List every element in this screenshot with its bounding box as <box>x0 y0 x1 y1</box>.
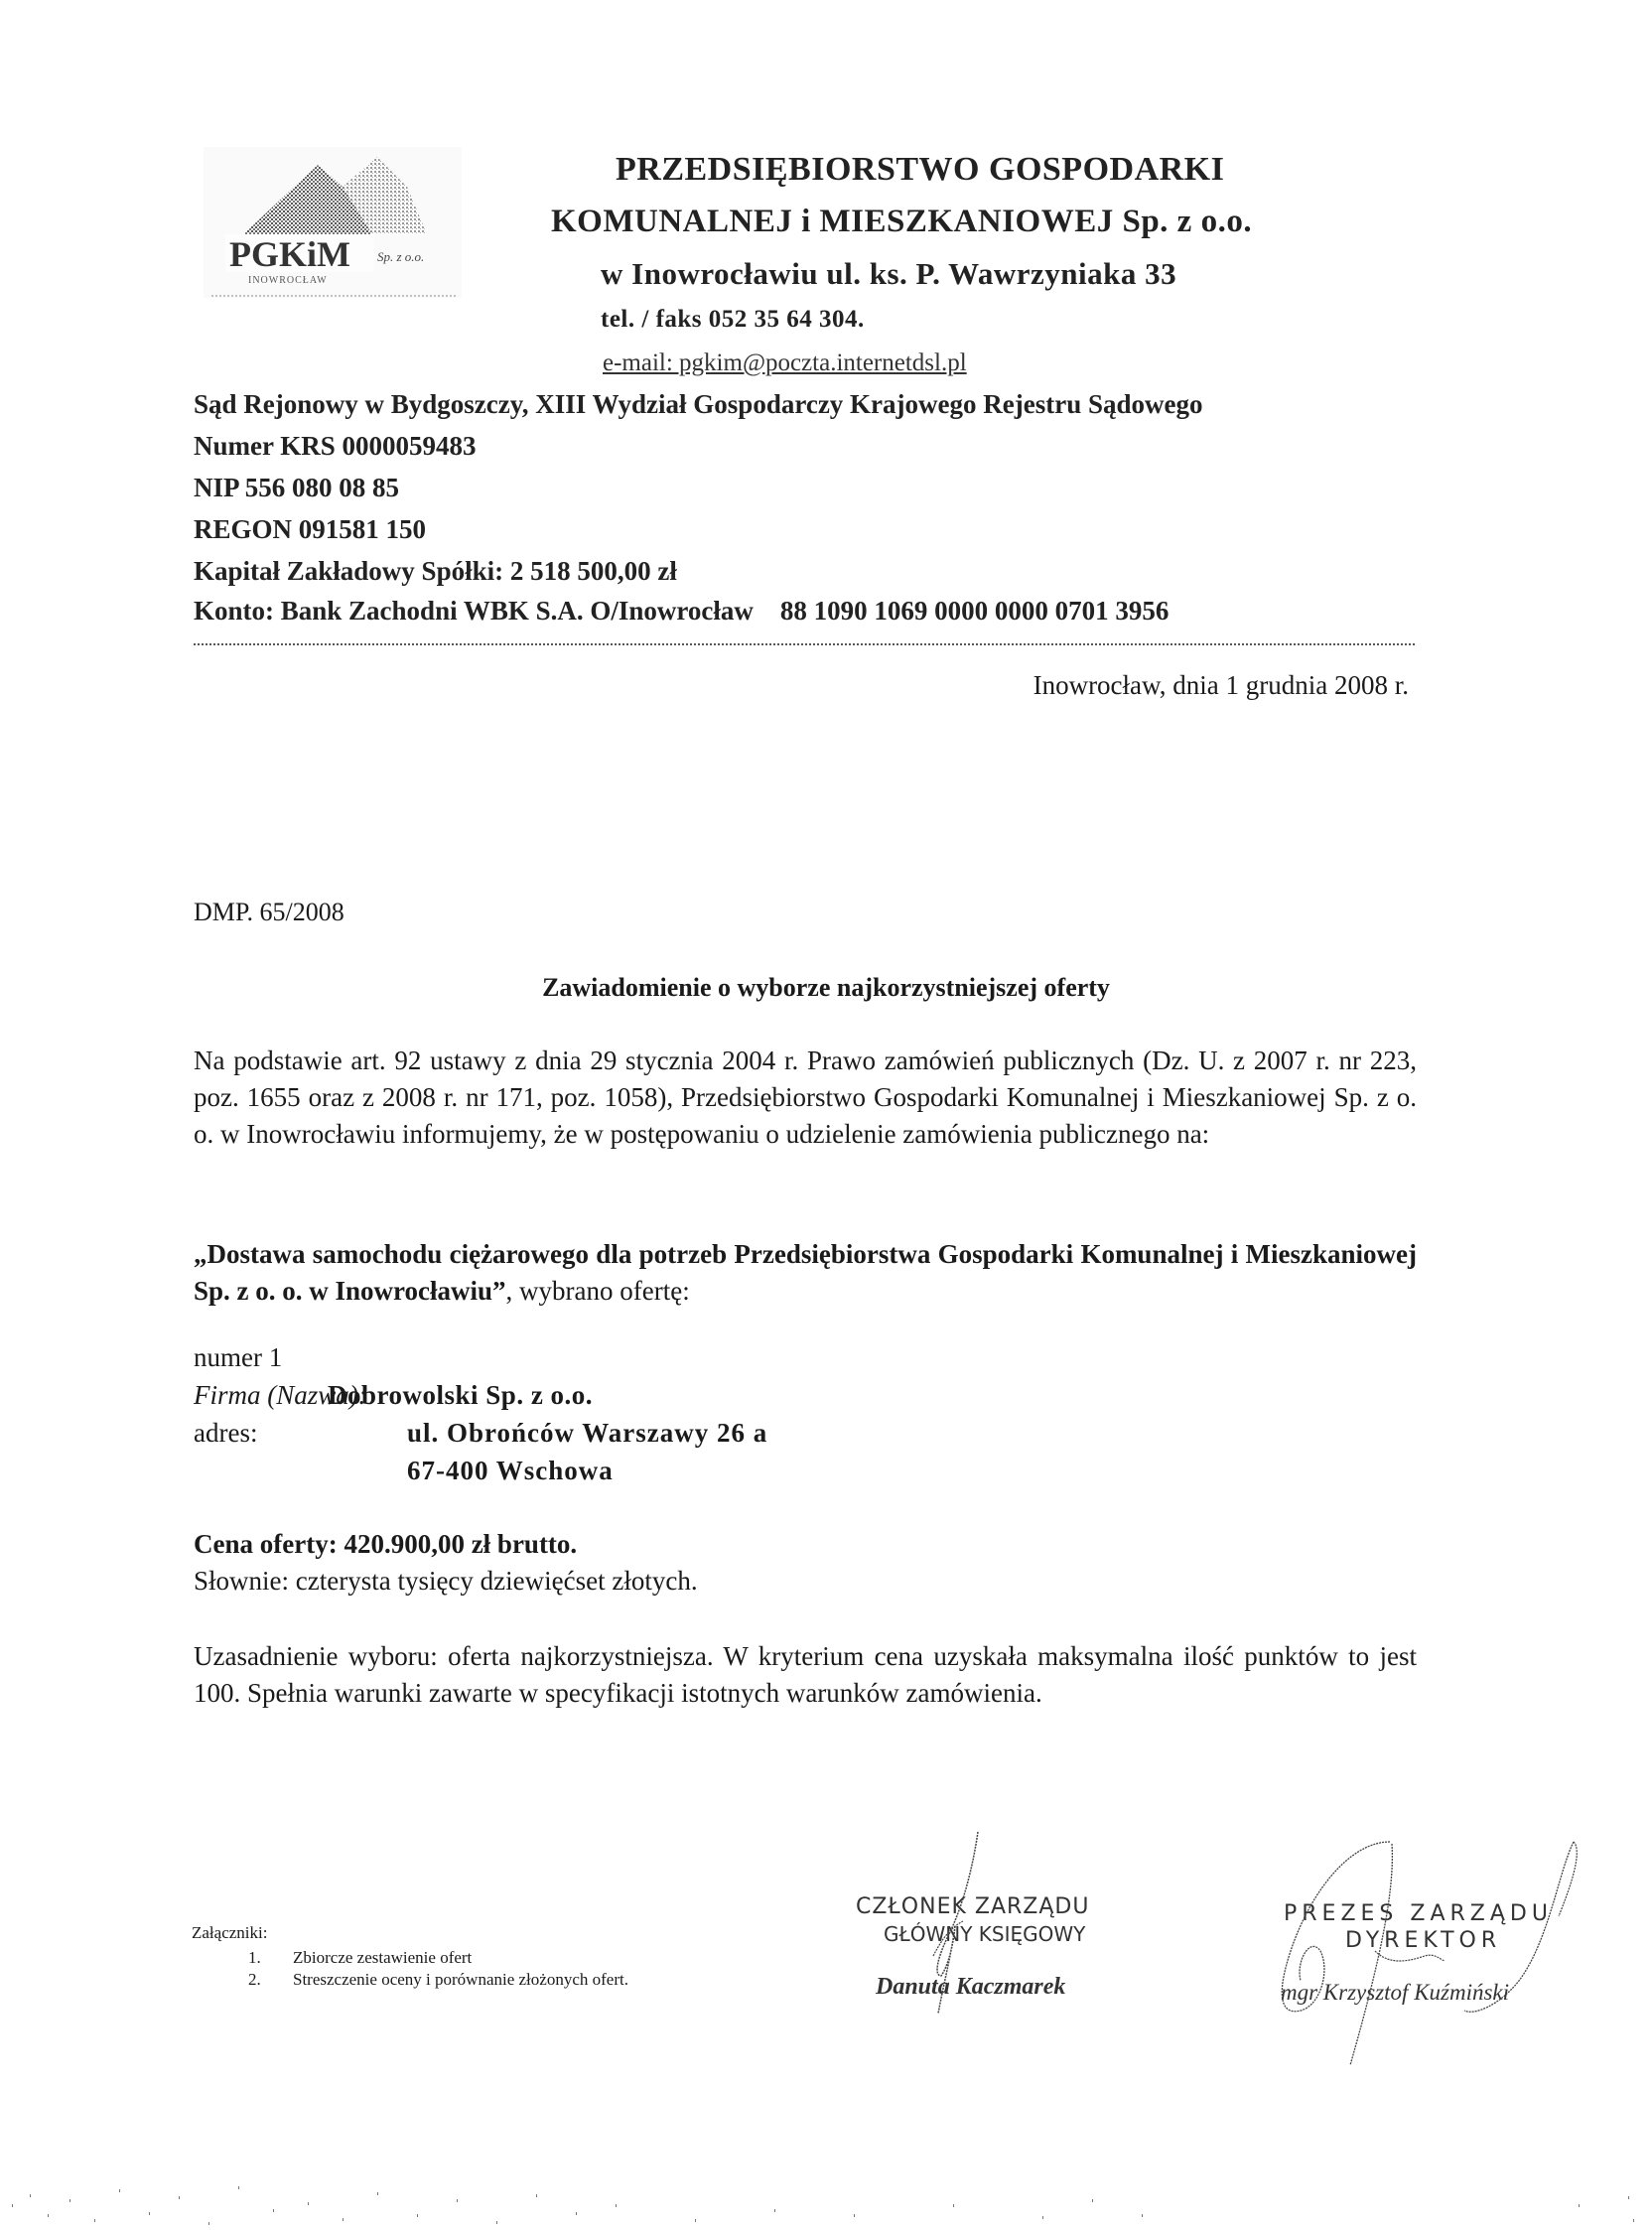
address-line1: ul. Obrońców Warszawy 26 a <box>407 1418 767 1449</box>
signature2-subtitle: DYREKTOR <box>1345 1928 1501 1953</box>
svg-text:PGKiM: PGKiM <box>229 234 350 274</box>
attachments-heading: Załączniki: <box>192 1923 267 1943</box>
address-line2: 67-400 Wschowa <box>407 1456 614 1486</box>
krs-number: Numer KRS 0000059483 <box>194 431 477 462</box>
signature1-subtitle: GŁÓWNY KSIĘGOWY <box>884 1922 1085 1946</box>
address-label: adres: <box>194 1418 257 1449</box>
svg-text:Sp. z o.o.: Sp. z o.o. <box>377 249 424 264</box>
offer-number: numer 1 <box>194 1342 282 1373</box>
company-name-line1: PRZEDSIĘBIORSTWO GOSPODARKI <box>616 151 1224 189</box>
signature2-name: mgr Krzysztof Kuźmiński <box>1281 1980 1509 2006</box>
attachment-number: 1. <box>248 1948 261 1968</box>
nip-number: NIP 556 080 08 85 <box>194 473 399 503</box>
company-logo: PGKiM Sp. z o.o. INOWROCŁAW <box>204 147 462 298</box>
document-title: Zawiadomienie o wyborze najkorzystniejsz… <box>0 973 1652 1003</box>
signature2-title: PREZES ZARZĄDU <box>1284 1901 1553 1926</box>
document-date: Inowrocław, dnia 1 grudnia 2008 r. <box>1033 670 1409 701</box>
signature1-name: Danuta Kaczmarek <box>876 1974 1065 2001</box>
attachment-item: Streszczenie oceny i porównanie złożonyc… <box>293 1970 628 1990</box>
company-address: w Inowrocławiu ul. ks. P. Wawrzyniaka 33 <box>601 256 1176 292</box>
scan-noise <box>0 2174 1652 2230</box>
company-email-link[interactable]: e-mail: pgkim@poczta.internetdsl.pl <box>603 349 967 377</box>
attachment-item: Zbiorcze zestawienie ofert <box>293 1948 472 1968</box>
intro-paragraph: Na podstawie art. 92 ustawy z dnia 29 st… <box>194 1043 1417 1153</box>
share-capital: Kapitał Zakładowy Spółki: 2 518 500,00 z… <box>194 556 677 587</box>
contract-subject: „Dostawa samochodu ciężarowego dla potrz… <box>194 1236 1417 1310</box>
logo-mountains-icon: PGKiM Sp. z o.o. INOWROCŁAW <box>204 147 462 298</box>
contract-subject-title: „Dostawa samochodu ciężarowego dla potrz… <box>194 1239 1417 1306</box>
offer-price: Cena oferty: 420.900,00 zł brutto. <box>194 1529 577 1560</box>
company-name-line2: KOMUNALNEJ i MIESZKANIOWEJ Sp. z o.o. <box>551 204 1252 240</box>
contract-subject-rest: , wybrano ofertę: <box>506 1276 690 1306</box>
justification-paragraph: Uzasadnienie wyboru: oferta najkorzystni… <box>194 1638 1417 1712</box>
price-in-words: Słownie: czterysta tysięcy dziewięćset z… <box>194 1566 698 1597</box>
company-phone: tel. / faks 052 35 64 304. <box>601 306 865 334</box>
regon-number: REGON 091581 150 <box>194 514 426 545</box>
dotted-divider <box>194 643 1415 645</box>
attachment-number: 2. <box>248 1970 261 1990</box>
court-registry: Sąd Rejonowy w Bydgoszczy, XIII Wydział … <box>194 389 1202 420</box>
firm-value: Dobrowolski Sp. z o.o. <box>328 1380 593 1411</box>
svg-text:INOWROCŁAW: INOWROCŁAW <box>248 275 328 286</box>
reference-number: DMP. 65/2008 <box>194 898 344 927</box>
signature1-title: CZŁONEK ZARZĄDU <box>856 1894 1089 1919</box>
bank-account: Konto: Bank Zachodni WBK S.A. O/Inowrocł… <box>194 596 1169 627</box>
